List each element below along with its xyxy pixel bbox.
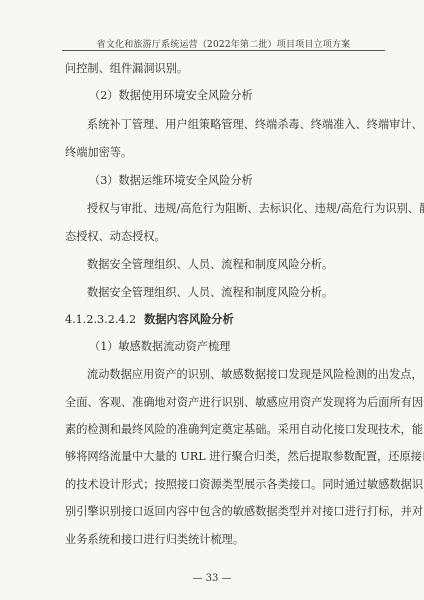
header-divider bbox=[62, 50, 385, 51]
section-title: 数据内容风险分析 bbox=[144, 312, 234, 326]
paragraph-line: 业务系统和接口进行归类统计梳理。 bbox=[65, 533, 244, 547]
paragraph-line: 素的检测和最终风险的准确判定奠定基础。采用自动化接口发现技术，能 bbox=[65, 423, 423, 437]
page-number: — 33 — bbox=[0, 573, 424, 584]
document-page: 省文化和旅游厅系统运营（2022年第二批）项目项目立项方案 问控制、组件漏洞识别… bbox=[0, 0, 424, 600]
paragraph-line: 态授权、动态授权。 bbox=[65, 230, 166, 244]
paragraph-line: 别引擎识别接口返回内容中包含的敏感数据类型并对接口进行打标，并对 bbox=[65, 505, 423, 519]
paragraph-line: 流动数据应用资产的识别、敏感数据接口发现是风险检测的出发点， bbox=[87, 368, 423, 382]
subsection-heading: （2）数据使用环境安全风险分析 bbox=[89, 89, 253, 103]
paragraph-line: 数据安全管理组织、人员、流程和制度风险分析。 bbox=[87, 286, 333, 300]
paragraph-line: 的技术设计形式；按照接口资源类型展示各类接口。同时通过敏感数据识 bbox=[65, 478, 423, 492]
subsection-heading: （3）数据运维环境安全风险分析 bbox=[89, 174, 253, 188]
section-number: 4.1.2.3.2.4.2 bbox=[65, 313, 136, 326]
paragraph-line: 数据安全管理组织、人员、流程和制度风险分析。 bbox=[87, 258, 333, 272]
page-header-title: 省文化和旅游厅系统运营（2022年第二批）项目项目立项方案 bbox=[62, 37, 385, 50]
section-heading: 4.1.2.3.2.4.2数据内容风险分析 bbox=[65, 312, 234, 327]
paragraph-line: 问控制、组件漏洞识别。 bbox=[65, 62, 188, 76]
subsection-heading: （1）敏感数据流动资产梳理 bbox=[89, 340, 230, 354]
paragraph-line: 授权与审批、违规/高危行为阻断、去标识化、违规/高危行为识别、静 bbox=[87, 202, 424, 216]
paragraph-line: 全面、客观、准确地对资产进行识别、敏感应用资产发现将为后面所有因 bbox=[65, 396, 423, 410]
paragraph-line: 系统补丁管理、用户组策略管理、终端杀毒、终端准入、终端审计、 bbox=[87, 118, 423, 132]
paragraph-line: 终端加密等。 bbox=[65, 146, 132, 160]
paragraph-line: 够将网络流量中大量的 URL 进行聚合归类，然后提取参数配置，还原接口 bbox=[65, 450, 424, 464]
